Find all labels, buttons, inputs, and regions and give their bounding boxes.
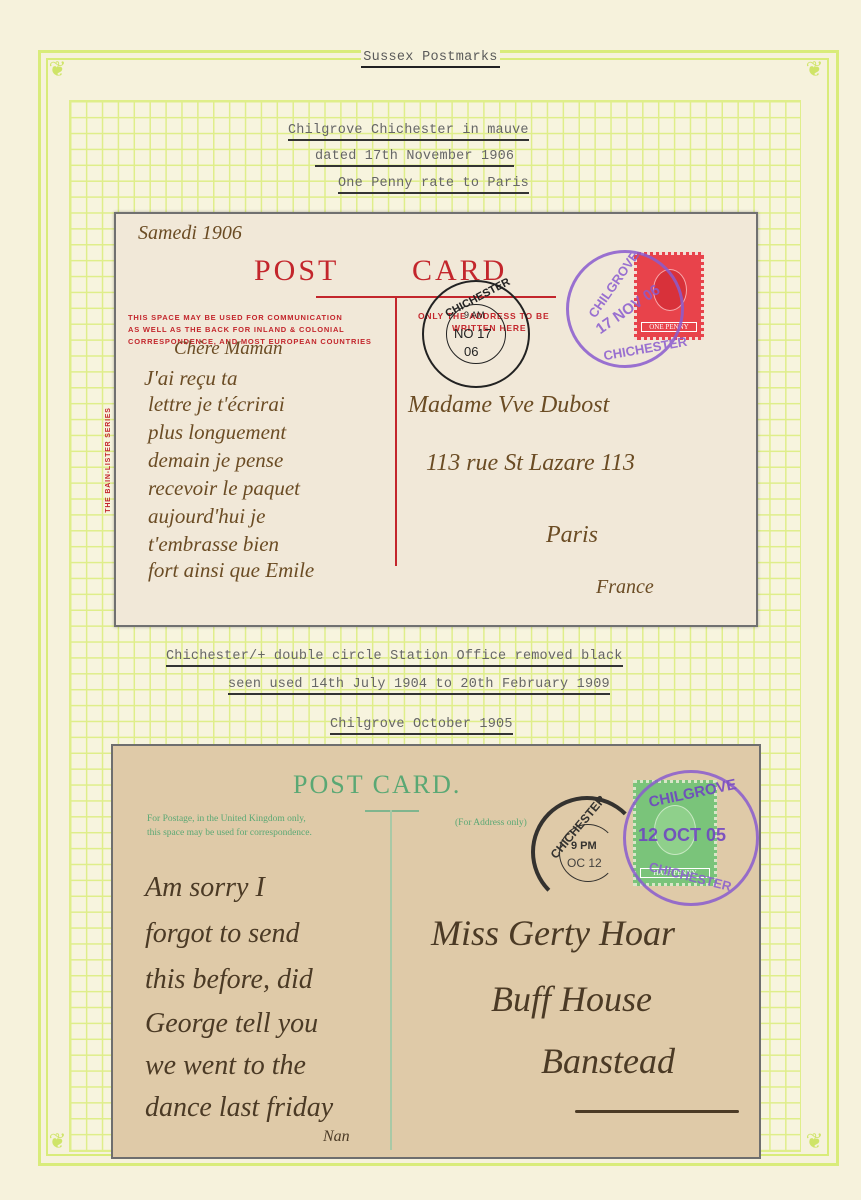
caption-2-line-3: Chilgrove October 1905 [330, 717, 513, 732]
postmark-chichester-black: CHICHESTER 9 AM NO 17 06 [422, 280, 530, 388]
postmark-chilgrove-mauve: CHILGROVE 12 OCT 05 CHICHESTER [623, 770, 759, 906]
page-title-text: Sussex Postmarks [361, 50, 499, 68]
postcard-chilgrove-1905: POST CARD. For Postage, in the United Ki… [111, 744, 761, 1159]
address-underline [575, 1110, 739, 1113]
header-note: Samedi 1906 [138, 222, 242, 245]
caption-2-line-2: seen used 14th July 1904 to 20th Februar… [228, 677, 610, 692]
postmark-chilgrove-mauve: CHILGROVE 17 NOV 06 CHICHESTER [566, 250, 684, 368]
message-notice: For Postage, in the United Kingdom only,… [147, 812, 312, 840]
caption-1-line-2: dated 17th November 1906 [315, 149, 514, 164]
caption-2-line-1: Chichester/+ double circle Station Offic… [166, 649, 623, 664]
caption-1-line-3: One Penny rate to Paris [338, 176, 529, 191]
corner-ornament-bottom-right: ❦ [797, 1124, 831, 1158]
postcard-heading-post: POST [254, 254, 339, 288]
page-title: Sussex Postmarks [0, 50, 861, 68]
divider-vertical [390, 810, 392, 1150]
divider-vertical [395, 298, 397, 566]
postcard-heading: POST CARD. [293, 770, 461, 800]
publisher-imprint: THE BAIN-LISTER SERIES [103, 407, 115, 513]
divider-horizontal [365, 810, 419, 812]
address-notice: (For Address only) [455, 816, 527, 830]
caption-1-line-1: Chilgrove Chichester in mauve [288, 123, 529, 138]
postcard-chilgrove-1906: Samedi 1906 POST CARD THIS SPACE MAY BE … [114, 212, 758, 627]
